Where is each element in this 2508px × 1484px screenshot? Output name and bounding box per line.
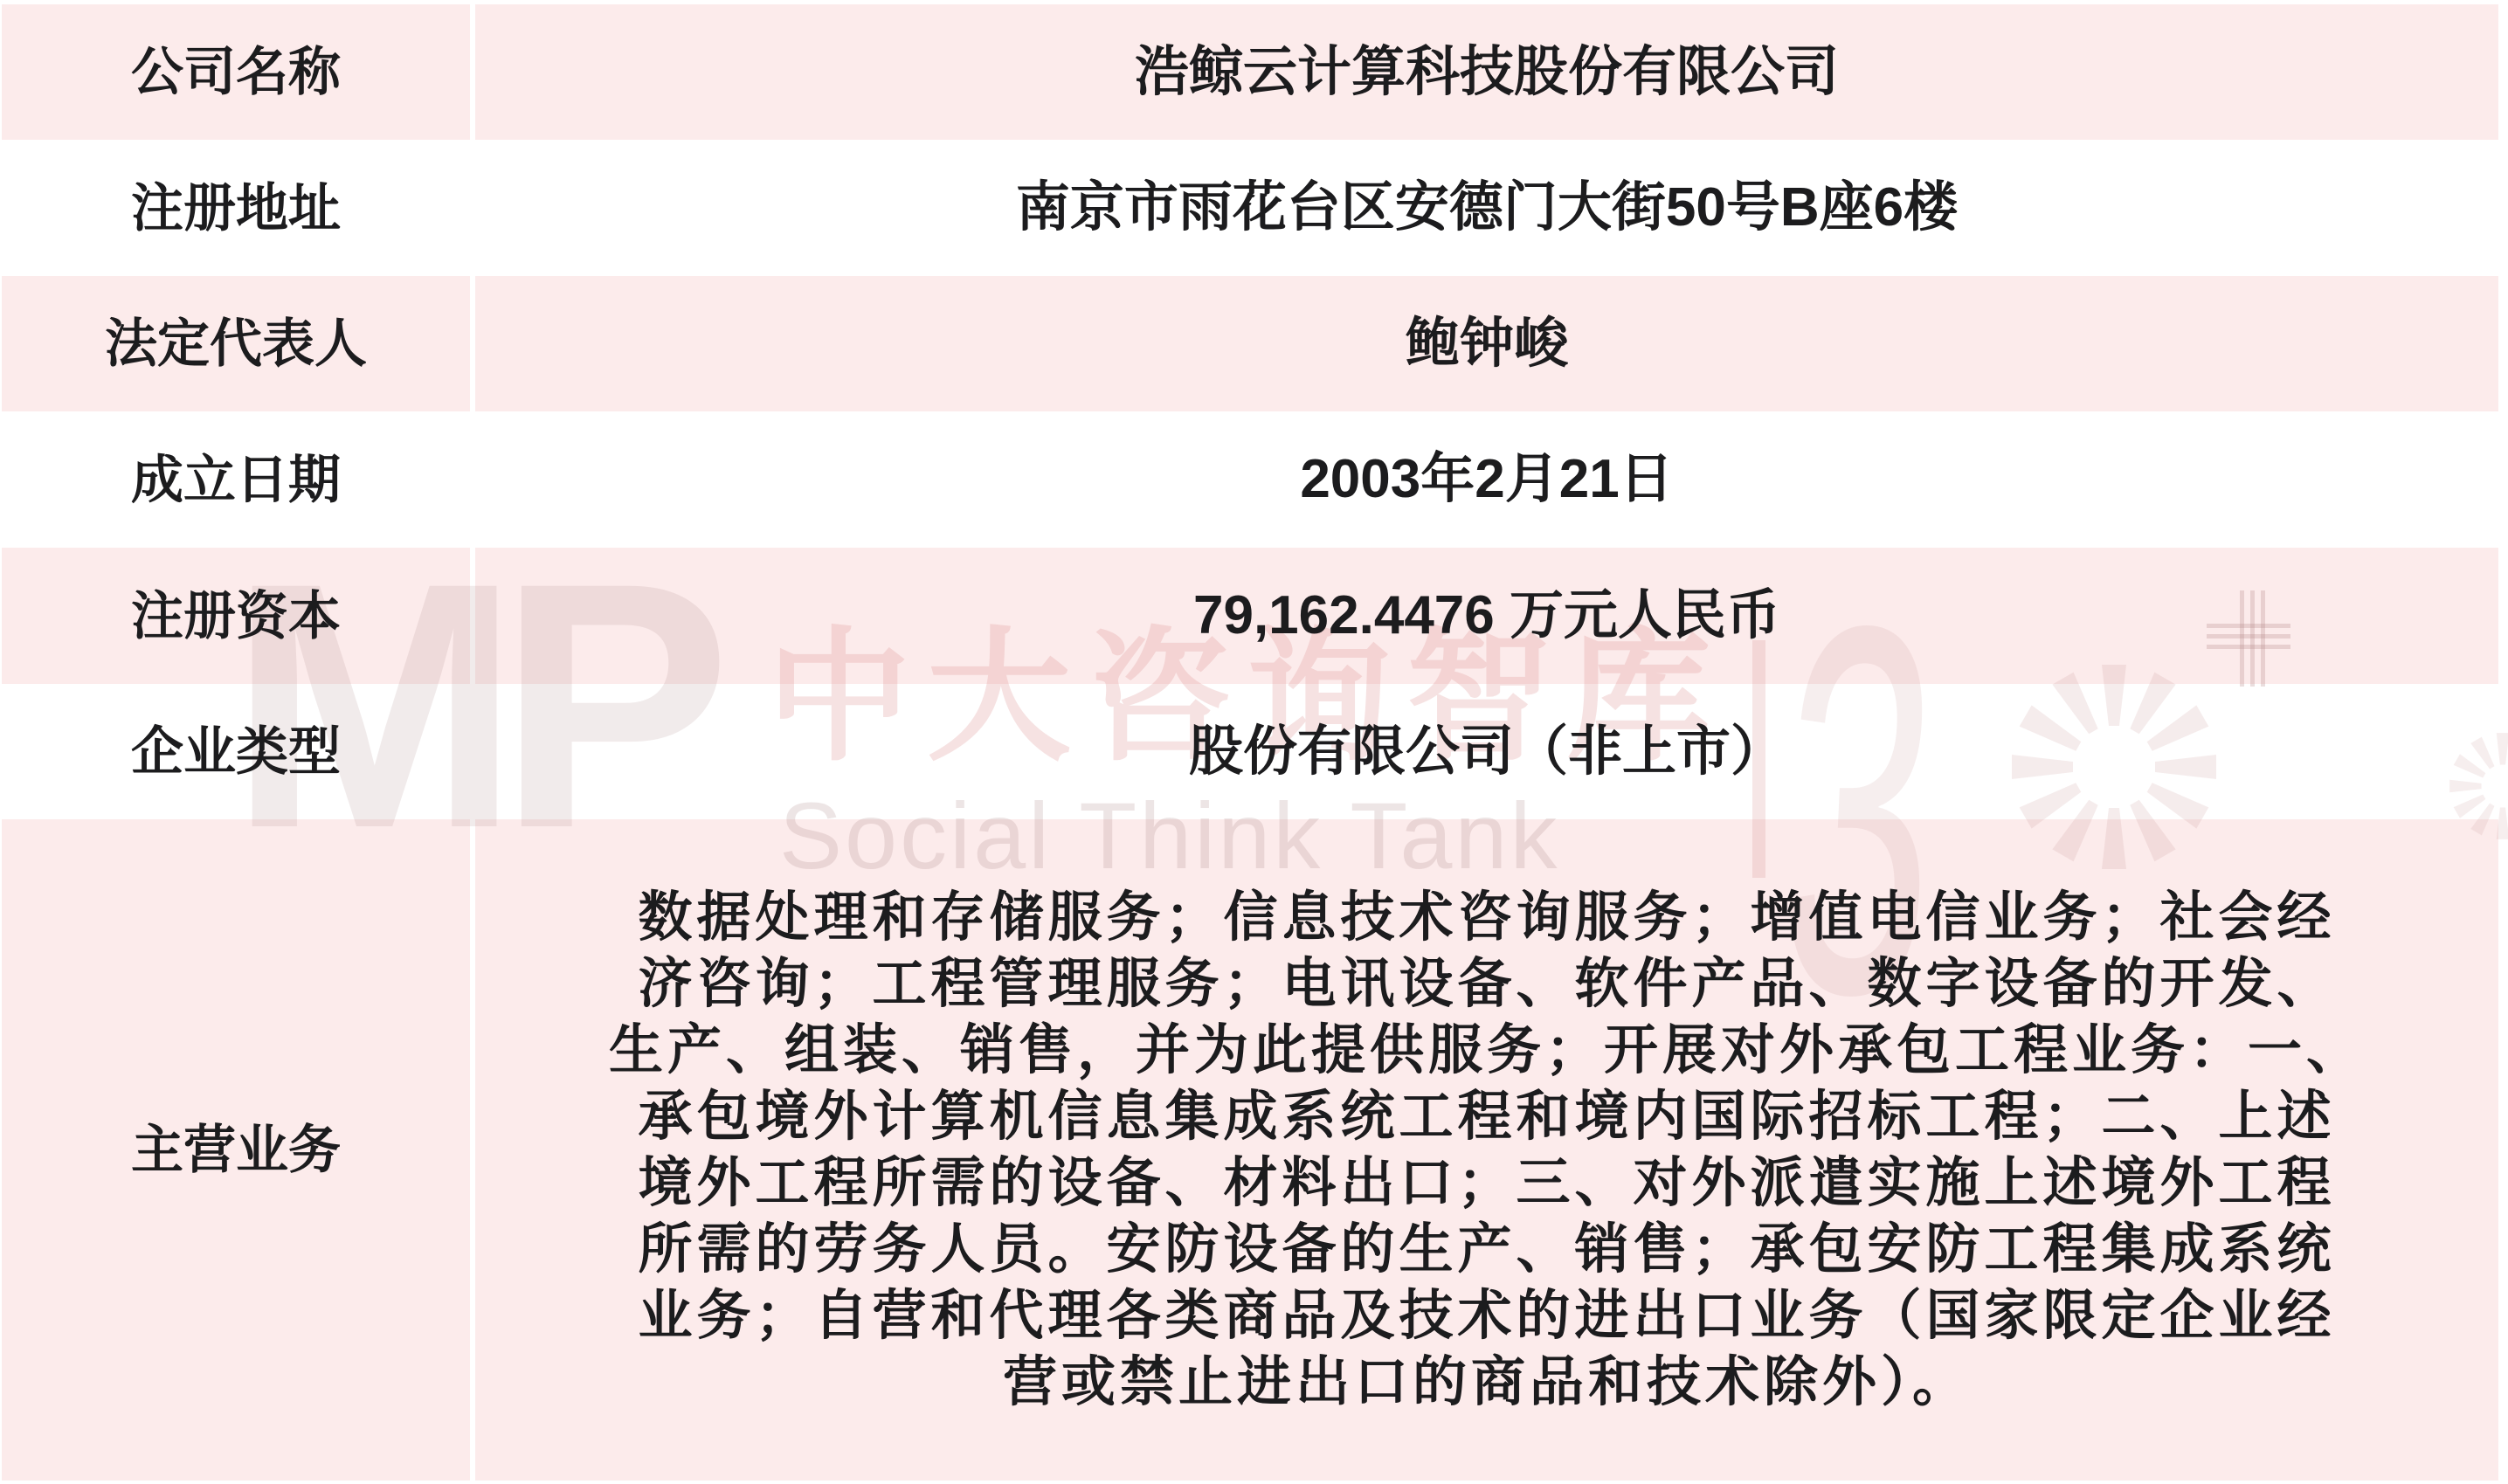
row-label-cell: 公司名称 (2, 4, 470, 140)
row-value: 鲍钟峻 (1406, 310, 1568, 378)
main-business-line: 境外工程所需的设备、材料出口；三、对外派遣实施上述境外工程 (638, 1150, 2335, 1217)
main-business-line: 所需的劳务人员。安防设备的生产、销售；承包安防工程集成系统 (638, 1217, 2335, 1283)
company-info-table-page: MP 中大咨询智库 Social Think Tank 3 (0, 0, 2508, 1484)
row-label-cell: 企业类型 (2, 684, 470, 819)
row-value-cell: 股份有限公司（非上市） (475, 684, 2498, 819)
row-label-cell: 注册地址 (2, 140, 470, 276)
row-value-cell: 2003年2月21日 (475, 411, 2498, 548)
row-value: 股份有限公司（非上市） (1189, 718, 1785, 786)
row-label: 公司名称 (131, 39, 341, 105)
company-info-table: 公司名称 浩鲸云计算科技股份有限公司 注册地址 南京市雨花台区安德门大街50号B… (2, 4, 2498, 1481)
main-business-line: 生产、组装、销售，并为此提供服务；开展对外承包工程业务：一、 (609, 1018, 2365, 1084)
row-value: 浩鲸云计算科技股份有限公司 (1135, 38, 1839, 107)
row-value: 2003年2月21日 (1300, 445, 1673, 514)
table-row-main-business: 主营业务 数据处理和存储服务；信息技术咨询服务；增值电信业务；社会经 济咨询；工… (2, 819, 2498, 1481)
table-row-registered-capital: 注册资本 79,162.4476 万元人民币 (2, 548, 2498, 684)
main-business-line: 营或禁止进出口的商品和技术除外）。 (1003, 1349, 1971, 1416)
row-value: 79,162.4476 万元人民币 (1193, 582, 1780, 650)
row-label: 注册资本 (131, 583, 341, 649)
row-label-cell: 法定代表人 (2, 276, 470, 411)
main-business-line: 业务；自营和代理各类商品及技术的进出口业务（国家限定企业经 (638, 1283, 2335, 1349)
row-value-cell: 数据处理和存储服务；信息技术咨询服务；增值电信业务；社会经 济咨询；工程管理服务… (475, 819, 2498, 1481)
row-label: 注册地址 (131, 176, 341, 241)
row-label: 法定代表人 (105, 311, 367, 376)
main-business-line: 数据处理和存储服务；信息技术咨询服务；增值电信业务；社会经 (638, 885, 2335, 951)
table-row-company-name: 公司名称 浩鲸云计算科技股份有限公司 (2, 4, 2498, 140)
main-business-line: 承包境外计算机信息集成系统工程和境内国际招标工程；二、上述 (638, 1084, 2335, 1150)
row-label: 企业类型 (131, 719, 341, 784)
row-label: 成立日期 (131, 447, 341, 513)
row-label-cell: 成立日期 (2, 411, 470, 548)
row-label-cell: 主营业务 (2, 819, 470, 1481)
row-value-cell: 79,162.4476 万元人民币 (475, 548, 2498, 684)
table-row-enterprise-type: 企业类型 股份有限公司（非上市） (2, 684, 2498, 819)
table-row-establish-date: 成立日期 2003年2月21日 (2, 411, 2498, 548)
row-label-cell: 注册资本 (2, 548, 470, 684)
row-value: 南京市雨花台区安德门大街50号B座6楼 (1016, 174, 1958, 242)
row-value-cell: 鲍钟峻 (475, 276, 2498, 411)
table-row-legal-representative: 法定代表人 鲍钟峻 (2, 276, 2498, 411)
main-business-line: 济咨询；工程管理服务；电讯设备、软件产品、数字设备的开发、 (638, 951, 2335, 1018)
row-value-cell: 浩鲸云计算科技股份有限公司 (475, 4, 2498, 140)
table-row-registered-address: 注册地址 南京市雨花台区安德门大街50号B座6楼 (2, 140, 2498, 276)
row-value-cell: 南京市雨花台区安德门大街50号B座6楼 (475, 140, 2498, 276)
row-label: 主营业务 (131, 1117, 341, 1183)
